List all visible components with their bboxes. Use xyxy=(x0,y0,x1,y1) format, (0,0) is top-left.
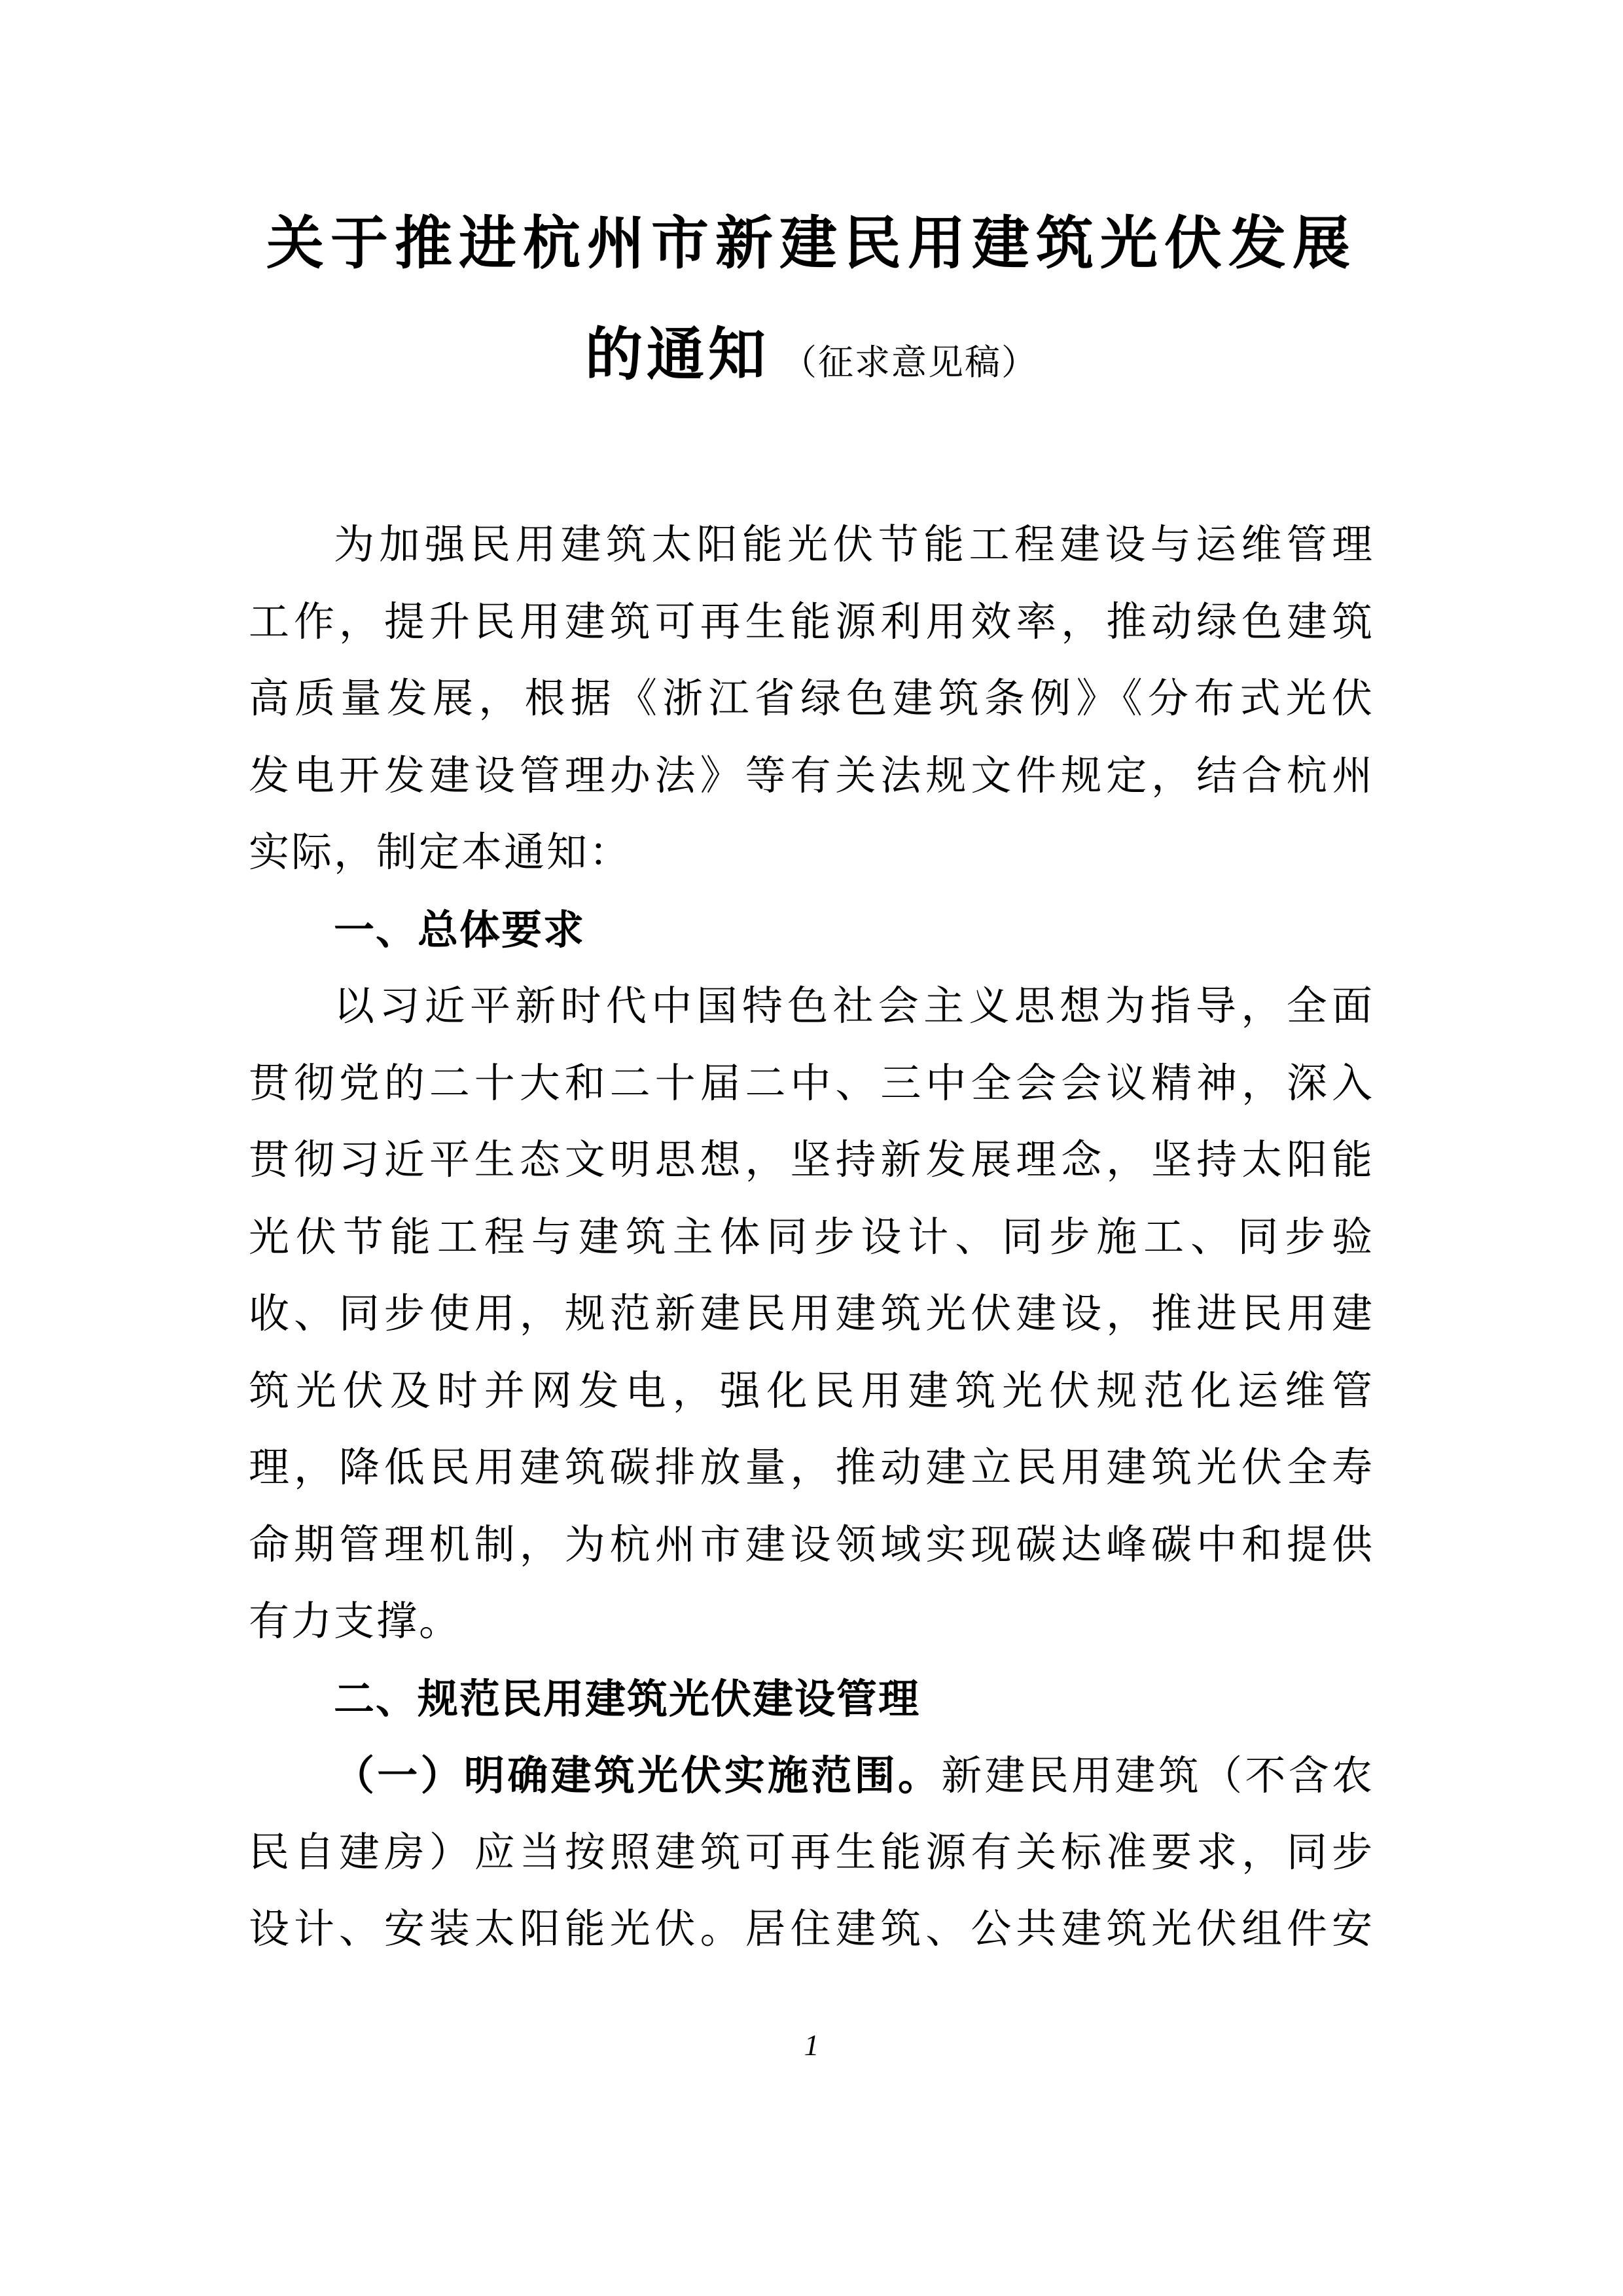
document-title-line2-main: 的通知 xyxy=(585,322,770,387)
body-line: 发电开发建设管理办法》等有关法规文件规定，结合杭州 xyxy=(249,738,1374,816)
body-line: 有力支撑。 xyxy=(249,1584,1374,1661)
body-line: 贯彻党的二十大和二十届二中、三中全会会议精神，深入 xyxy=(249,1046,1374,1123)
page-number: 1 xyxy=(0,2030,1623,2060)
body-line: 为加强民用建筑太阳能光伏节能工程建设与运维管理 xyxy=(249,507,1374,584)
subitem-heading-rest: 新建民用建筑（不含农 xyxy=(941,1754,1374,1799)
body-line: 工作，提升民用建筑可再生能源利用效率，推动绿色建筑 xyxy=(249,584,1374,662)
body-line: 高质量发展，根据《浙江省绿色建筑条例》《分布式光伏 xyxy=(249,661,1374,738)
body-line: 民自建房）应当按照建筑可再生能源有关标准要求，同步 xyxy=(249,1815,1374,1892)
document-body: 为加强民用建筑太阳能光伏节能工程建设与运维管理 工作，提升民用建筑可再生能源利用… xyxy=(249,507,1374,1969)
document-title-draft-note: （征求意见稿） xyxy=(781,343,1038,382)
body-line: 以习近平新时代中国特色社会主义思想为指导，全面 xyxy=(249,969,1374,1046)
document-title-line2: 的通知（征求意见稿） xyxy=(0,326,1623,384)
body-line: （一）明确建筑光伏实施范围。新建民用建筑（不含农 xyxy=(249,1738,1374,1815)
body-line: 命期管理机制，为杭州市建设领域实现碳达峰碳中和提供 xyxy=(249,1507,1374,1585)
body-line: 筑光伏及时并网发电，强化民用建筑光伏规范化运维管 xyxy=(249,1354,1374,1431)
section-heading-1: 一、总体要求 xyxy=(249,892,1374,969)
body-line: 贯彻习近平生态文明思想，坚持新发展理念，坚持太阳能 xyxy=(249,1122,1374,1200)
section-heading-2: 二、规范民用建筑光伏建设管理 xyxy=(249,1661,1374,1738)
document-title-line1: 关于推进杭州市新建民用建筑光伏发展 xyxy=(0,215,1623,272)
body-line: 光伏节能工程与建筑主体同步设计、同步施工、同步验 xyxy=(249,1200,1374,1277)
subitem-heading-bold: （一）明确建筑光伏实施范围。 xyxy=(334,1753,941,1799)
body-line: 设计、安装太阳能光伏。居住建筑、公共建筑光伏组件安 xyxy=(249,1892,1374,1969)
document-page: 关于推进杭州市新建民用建筑光伏发展 的通知（征求意见稿） 为加强民用建筑太阳能光… xyxy=(0,0,1623,2296)
body-line: 理，降低民用建筑碳排放量，推动建立民用建筑光伏全寿 xyxy=(249,1430,1374,1507)
body-line: 收、同步使用，规范新建民用建筑光伏建设，推进民用建 xyxy=(249,1276,1374,1354)
body-line: 实际，制定本通知： xyxy=(249,815,1374,892)
